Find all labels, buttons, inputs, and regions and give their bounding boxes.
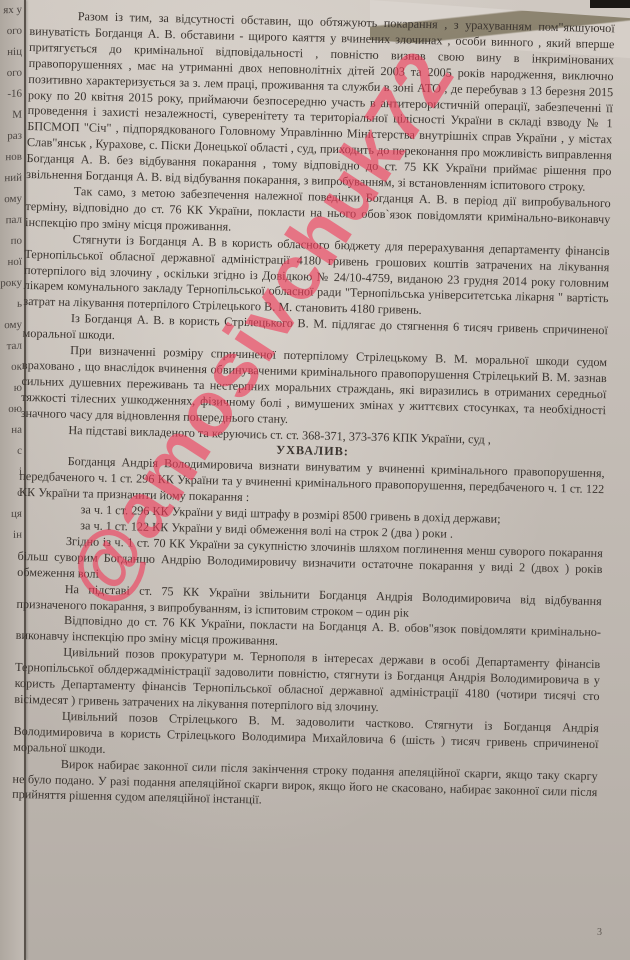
margin-fragment: ому — [0, 189, 24, 211]
margin-fragment: тал — [0, 336, 24, 358]
margin-fragment: по — [0, 231, 24, 253]
paragraph: При визначенні розміру спричиненої потер… — [21, 342, 608, 435]
margin-fragment: -16 — [0, 84, 24, 106]
margin-fragment: ого — [0, 21, 24, 43]
paragraph: Стягнути із Богданця А. В в користь обла… — [23, 231, 610, 324]
court-verdict-page: Разом із тим, за відсутності обставин, щ… — [12, 8, 615, 816]
margin-fragment: року — [0, 273, 24, 295]
margin-fragment: пал — [0, 210, 24, 232]
margin-fragment: ь — [0, 294, 24, 316]
margin-fragment: ях у — [0, 0, 24, 21]
margin-fragment: ний — [0, 168, 24, 190]
margin-fragment: раз — [0, 126, 24, 148]
margin-fragment: ому — [0, 315, 24, 337]
margin-fragment: ок — [0, 357, 24, 379]
background-dark-corner — [590, 0, 630, 8]
margin-fragment: нов — [0, 147, 24, 169]
page-number: 3 — [597, 927, 602, 938]
margin-fragment: М — [0, 105, 24, 127]
paragraph: Разом із тим, за відсутності обставин, щ… — [26, 8, 615, 196]
margin-fragment: ніц — [0, 42, 24, 64]
margin-fragment: ого — [0, 63, 24, 85]
margin-fragment: ної — [0, 252, 24, 274]
